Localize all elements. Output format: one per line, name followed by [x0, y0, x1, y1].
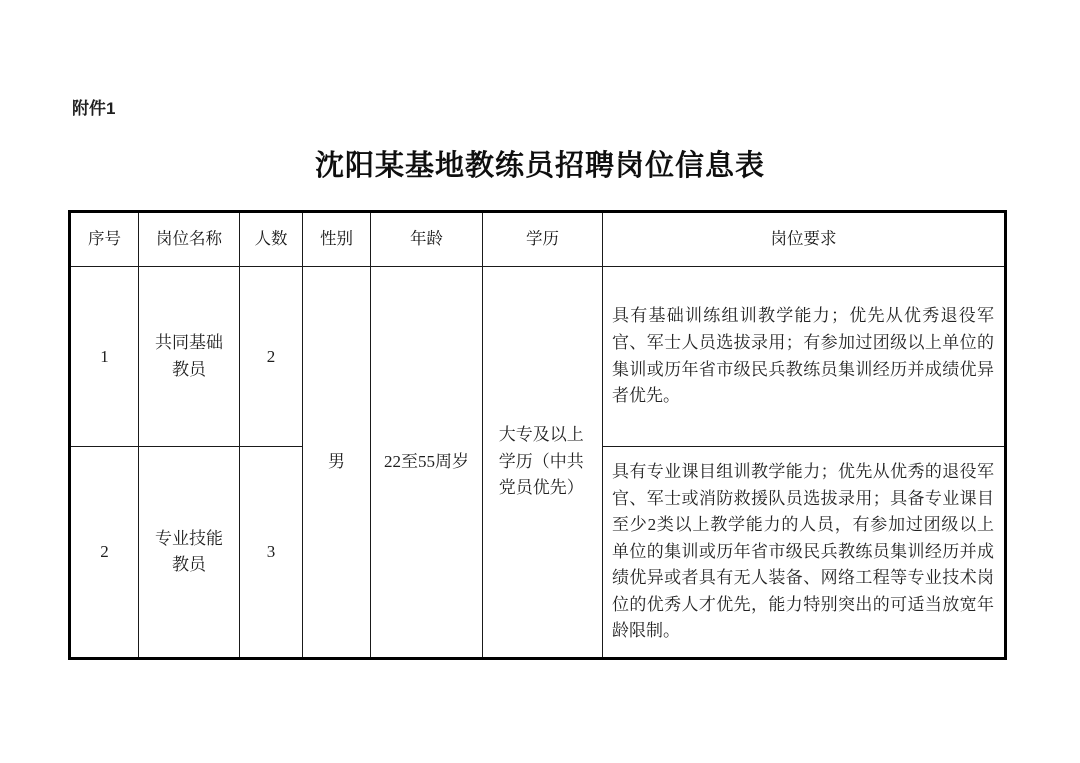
cell-seq-2: 2 [70, 447, 139, 659]
cell-count-1: 2 [240, 267, 303, 447]
col-header-education: 学历 [483, 212, 603, 267]
cell-education-merged: 大专及以上学历（中共党员优先） [483, 267, 603, 659]
cell-requirements-1: 具有基础训练组训教学能力；优先从优秀退役军官、军士人员选拔录用；有参加过团级以上… [603, 267, 1006, 447]
cell-gender-merged: 男 [303, 267, 371, 659]
col-header-age: 年龄 [371, 212, 483, 267]
cell-requirements-2: 具有专业课目组训教学能力；优先从优秀的退役军官、军士或消防救援队员选拔录用；具备… [603, 447, 1006, 659]
table-header-row: 序号 岗位名称 人数 性别 年龄 学历 岗位要求 [70, 212, 1006, 267]
table-row-1: 1 共同基础教员 2 男 22至55周岁 大专及以上学历（中共党员优先） 具有基… [70, 267, 1006, 447]
document-page: 附件1 沈阳某基地教练员招聘岗位信息表 序号 岗位名称 人数 性别 年龄 学历 … [0, 0, 1080, 763]
col-header-requirements: 岗位要求 [603, 212, 1006, 267]
col-header-count: 人数 [240, 212, 303, 267]
position-name-text: 共同基础教员 [153, 330, 225, 383]
cell-position-1: 共同基础教员 [139, 267, 240, 447]
education-text: 大专及以上学历（中共党员优先） [499, 422, 587, 501]
col-header-seq: 序号 [70, 212, 139, 267]
cell-count-2: 3 [240, 447, 303, 659]
col-header-position: 岗位名称 [139, 212, 240, 267]
cell-position-2: 专业技能教员 [139, 447, 240, 659]
cell-age-merged: 22至55周岁 [371, 267, 483, 659]
col-header-gender: 性别 [303, 212, 371, 267]
page-title: 沈阳某基地教练员招聘岗位信息表 [0, 143, 1080, 184]
cell-seq-1: 1 [70, 267, 139, 447]
position-name-text: 专业技能教员 [153, 526, 225, 579]
attachment-label: 附件1 [72, 94, 115, 119]
job-info-table: 序号 岗位名称 人数 性别 年龄 学历 岗位要求 1 共同基础教员 2 男 22… [68, 210, 1007, 660]
